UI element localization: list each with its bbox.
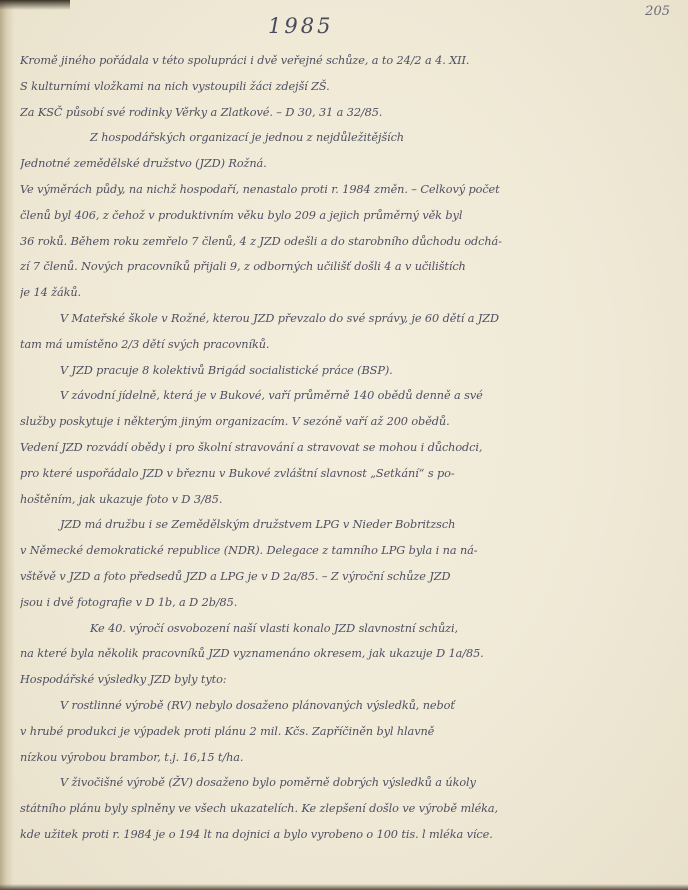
text-line: V rostlinné výrobě (RV) nebylo dosaženo … bbox=[20, 693, 660, 719]
section-heading: Z hospodářských organizací je jednou z n… bbox=[20, 125, 660, 177]
text-line: v Německé demokratické republice (NDR). … bbox=[20, 538, 660, 564]
text-line: státního plánu byly splněny ve všech uka… bbox=[20, 796, 660, 822]
text-line: V živočišné výrobě (ŽV) dosaženo bylo po… bbox=[20, 770, 660, 796]
paragraph: V rostlinné výrobě (RV) nebylo dosaženo … bbox=[20, 693, 660, 770]
book-binding bbox=[0, 0, 14, 890]
text-line: Kromě jiného pořádala v této spolupráci … bbox=[20, 48, 660, 74]
page-corner-shadow bbox=[0, 0, 70, 10]
paragraph: V živočišné výrobě (ŽV) dosaženo bylo po… bbox=[20, 770, 660, 847]
paragraph: Ve výměrách půdy, na nichž hospodaří, ne… bbox=[20, 177, 660, 306]
paragraph: V závodní jídelně, která je v Bukové, va… bbox=[20, 383, 660, 512]
year-heading: 1985 bbox=[268, 14, 333, 38]
text-line: Z hospodářských organizací je jednou z n… bbox=[20, 125, 660, 151]
text-line: členů byl 406, z čehož v produktivním vě… bbox=[20, 203, 660, 229]
text-line: Vedení JZD rozvádí obědy i pro školní st… bbox=[20, 435, 660, 461]
text-line: pro které uspořádalo JZD v březnu v Buko… bbox=[20, 461, 660, 487]
section-heading: Hospodářské výsledky JZD byly tyto: bbox=[20, 667, 660, 693]
text-line: kde užitek proti r. 1984 je o 194 lt na … bbox=[20, 822, 660, 848]
paragraph: Kromě jiného pořádala v této spolupráci … bbox=[20, 48, 660, 125]
text-line: služby poskytuje i některým jiným organi… bbox=[20, 409, 660, 435]
text-line: nízkou výrobou brambor, t.j. 16,15 t/ha. bbox=[20, 745, 660, 771]
text-line: na které byla několik pracovníků JZD vyz… bbox=[20, 641, 660, 667]
paragraph: Ke 40. výročí osvobození naší vlasti kon… bbox=[20, 616, 660, 668]
text-line: Hospodářské výsledky JZD byly tyto: bbox=[20, 667, 660, 693]
text-line: S kulturními vložkami na nich vystoupili… bbox=[20, 74, 660, 100]
paragraph: V Mateřské škole v Rožné, kterou JZD pře… bbox=[20, 306, 660, 358]
text-line: vštěvě v JZD a foto předsedů JZD a LPG j… bbox=[20, 564, 660, 590]
chronicle-page: 205 1985 Kromě jiného pořádala v této sp… bbox=[0, 0, 688, 890]
text-line: v hrubé produkci je výpadek proti plánu … bbox=[20, 719, 660, 745]
text-line: V závodní jídelně, která je v Bukové, va… bbox=[20, 383, 660, 409]
text-line: tam má umístěno 2/3 dětí svých pracovník… bbox=[20, 332, 660, 358]
text-line: V Mateřské škole v Rožné, kterou JZD pře… bbox=[20, 306, 660, 332]
text-line: je 14 žáků. bbox=[20, 280, 660, 306]
text-line: jsou i dvě fotografie v D 1b, a D 2b/85. bbox=[20, 590, 660, 616]
text-line: 36 roků. Během roku zemřelo 7 členů, 4 z… bbox=[20, 229, 660, 255]
text-line: zí 7 členů. Nových pracovníků přijali 9,… bbox=[20, 254, 660, 280]
text-line: Za KSČ působí své rodinky Věrky a Zlatko… bbox=[20, 100, 660, 126]
paragraph: V JZD pracuje 8 kolektivů Brigád sociali… bbox=[20, 358, 660, 384]
page-bottom-edge bbox=[0, 884, 688, 890]
page-number: 205 bbox=[645, 4, 670, 19]
text-line: JZD má družbu i se Zemědělským družstvem… bbox=[20, 512, 660, 538]
text-line: V JZD pracuje 8 kolektivů Brigád sociali… bbox=[20, 358, 660, 384]
handwritten-text: Kromě jiného pořádala v této spolupráci … bbox=[20, 48, 660, 848]
text-line: Jednotné zemědělské družstvo (JZD) Rožná… bbox=[20, 151, 660, 177]
text-line: Ve výměrách půdy, na nichž hospodaří, ne… bbox=[20, 177, 660, 203]
text-line: Ke 40. výročí osvobození naší vlasti kon… bbox=[20, 616, 660, 642]
paragraph: JZD má družbu i se Zemědělským družstvem… bbox=[20, 512, 660, 615]
text-line: hoštěním, jak ukazuje foto v D 3/85. bbox=[20, 487, 660, 513]
